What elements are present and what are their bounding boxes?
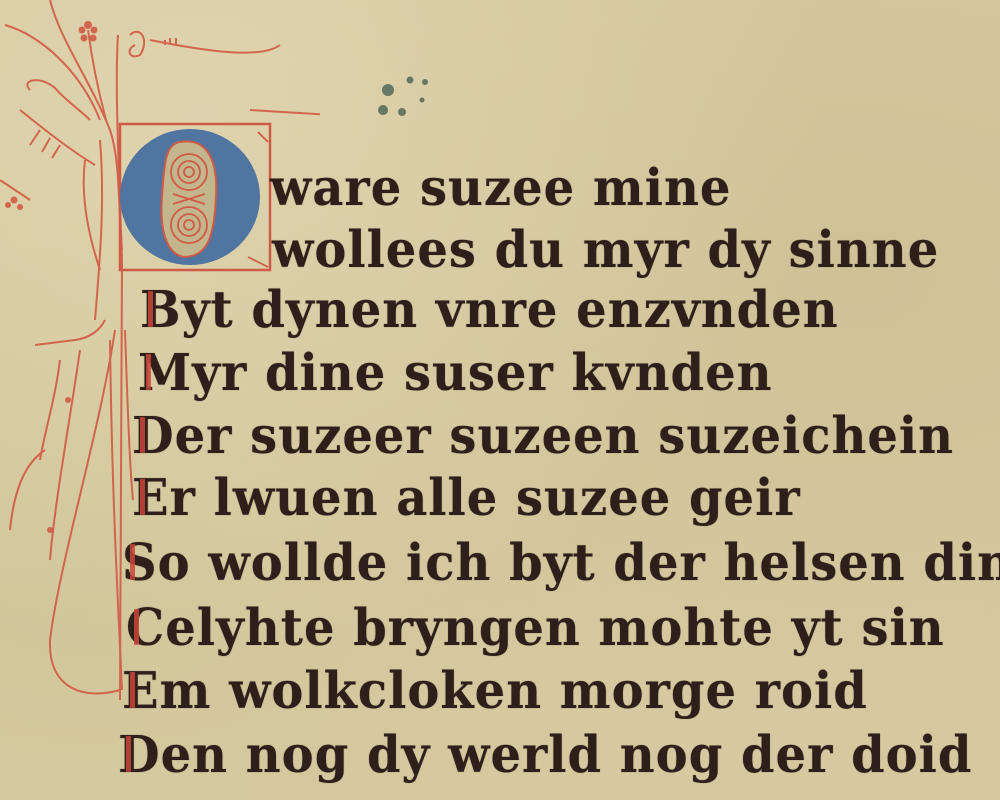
verse-line-text: er suzeer suzeen suzeichein xyxy=(175,407,954,466)
verse-line-text: yt dynen vnre enzvnden xyxy=(182,281,839,340)
verse-line-text: m wolkcloken morge roid xyxy=(160,662,868,721)
rubricated-capital: E xyxy=(122,662,160,721)
verse-line-4: Myr dine suser kvnden xyxy=(138,344,773,403)
verse-line-9: Em wolkcloken morge roid xyxy=(122,662,868,721)
verse-line-text: en nog dy werld nog der doid xyxy=(161,726,973,785)
verse-line-5: Der suzeer suzeen suzeichein xyxy=(132,407,954,466)
rubricated-capital: C xyxy=(126,599,165,658)
rubricated-capital: M xyxy=(138,344,192,403)
verse-line-text: ware suzee mine xyxy=(270,159,731,218)
verse-line-text: o wollde ich byt der helsen din xyxy=(158,534,1000,593)
rubricated-capital: B xyxy=(140,281,182,340)
verse-line-8: Celyhte bryngen mohte yt sin xyxy=(126,599,945,658)
verse-line-1: ware suzee mine xyxy=(270,159,731,218)
verse-line-text: elyhte bryngen mohte yt sin xyxy=(165,599,944,658)
verse-line-2: wollees du myr dy sinne xyxy=(272,221,939,280)
rubricated-capital: S xyxy=(122,534,158,593)
verse-line-text: r lwuen alle suzee geir xyxy=(170,469,801,528)
rubricated-capital: D xyxy=(132,407,175,466)
rubricated-capital: D xyxy=(118,726,161,785)
verse-line-6: Er lwuen alle suzee geir xyxy=(132,469,801,528)
verse-line-text: yr dine suser kvnden xyxy=(192,344,772,403)
manuscript-page: ware suzee mine wollees du myr dy sinne … xyxy=(0,0,1000,800)
manuscript-text-block: ware suzee mine wollees du myr dy sinne … xyxy=(0,0,1000,800)
rubricated-capital: E xyxy=(132,469,170,528)
verse-line-3: Byt dynen vnre enzvnden xyxy=(140,281,839,340)
verse-line-10: Den nog dy werld nog der doid xyxy=(118,726,972,785)
verse-line-text: wollees du myr dy sinne xyxy=(272,221,939,280)
verse-line-7: So wollde ich byt der helsen din xyxy=(122,534,1000,593)
